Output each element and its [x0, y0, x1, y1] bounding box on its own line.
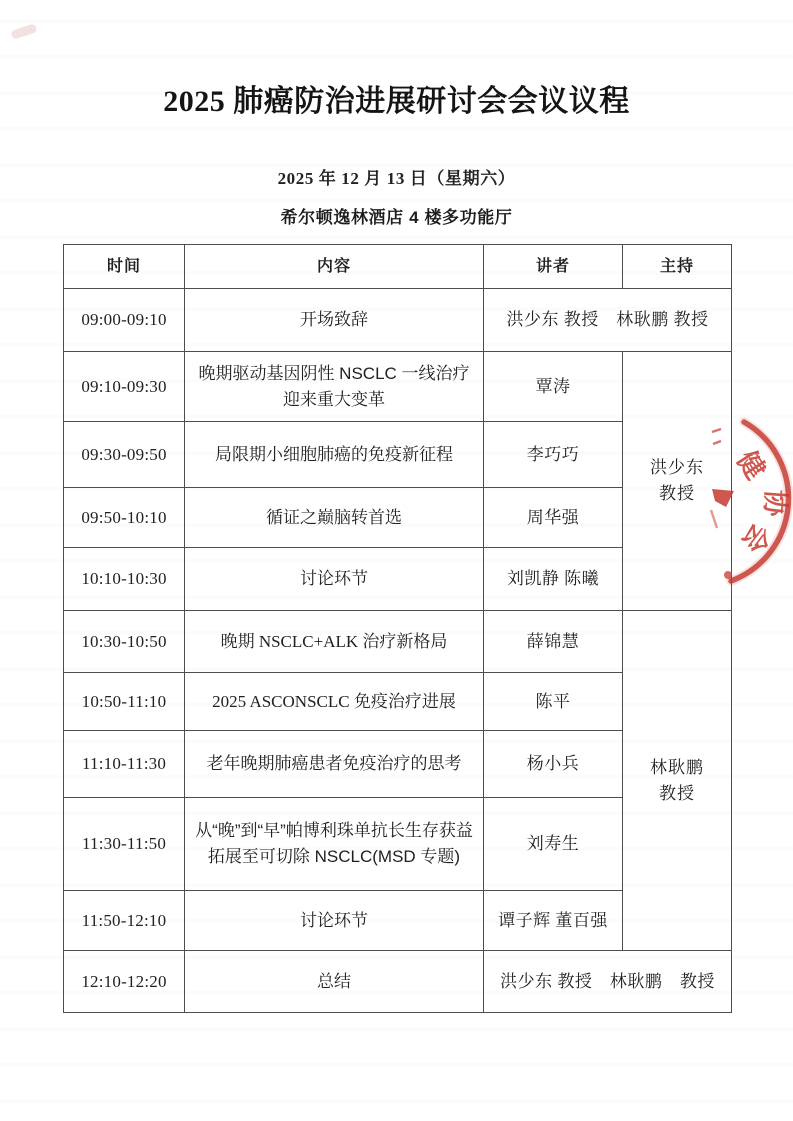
content-cell: 从“晚”到“早”帕博利珠单抗长生存获益拓展至可切除 NSCLC(MSD 专题) — [185, 798, 484, 891]
stamp-char: 会 — [736, 518, 776, 558]
speaker-cell: 刘凯静 陈曦 — [484, 548, 623, 611]
content-cell: 循证之巅脑转首选 — [185, 488, 484, 548]
content-cell: 讨论环节 — [185, 891, 484, 951]
stamp-arc — [731, 422, 788, 581]
time-cell: 11:30-11:50 — [64, 798, 185, 891]
column-header: 讲者 — [484, 245, 623, 289]
content-cell: 晚期驱动基因阴性 NSCLC 一线治疗迎来重大变革 — [185, 352, 484, 422]
column-header: 内容 — [185, 245, 484, 289]
table-row: 09:00-09:10开场致辞洪少东 教授 林耿鹏 教授 — [64, 289, 732, 352]
content-cell: 老年晚期肺癌患者免疫治疗的思考 — [185, 731, 484, 798]
content-cell: 局限期小细胞肺癌的免疫新征程 — [185, 422, 484, 488]
time-cell: 10:50-11:10 — [64, 673, 185, 731]
speaker-cell: 薛锦慧 — [484, 611, 623, 673]
table-row: 09:10-09:30晚期驱动基因阴性 NSCLC 一线治疗迎来重大变革覃涛洪少… — [64, 352, 732, 422]
content-cell: 2025 ASCONSCLC 免疫治疗进展 — [185, 673, 484, 731]
content-cell: 晚期 NSCLC+ALK 治疗新格局 — [185, 611, 484, 673]
speaker-cell: 洪少东 教授 林耿鹏 教授 — [484, 951, 732, 1013]
table-row: 10:30-10:50晚期 NSCLC+ALK 治疗新格局薛锦慧林耿鹏 教授 — [64, 611, 732, 673]
speaker-cell: 谭子辉 董百强 — [484, 891, 623, 951]
scanned-agenda-page: { "page": { "title": "2025 肺癌防治进展研讨会会议议程… — [0, 0, 793, 1121]
speaker-cell: 覃涛 — [484, 352, 623, 422]
event-venue: 希尔顿逸林酒店 4 楼多功能厅 — [0, 207, 793, 229]
speaker-cell: 陈平 — [484, 673, 623, 731]
agenda-table: 时间内容讲者主持 09:00-09:10开场致辞洪少东 教授 林耿鹏 教授09:… — [63, 244, 732, 1013]
time-cell: 11:10-11:30 — [64, 731, 185, 798]
time-cell: 09:30-09:50 — [64, 422, 185, 488]
speaker-cell: 李巧巧 — [484, 422, 623, 488]
host-cell: 洪少东 教授 — [623, 352, 732, 611]
time-cell: 10:10-10:30 — [64, 548, 185, 611]
speaker-cell: 杨小兵 — [484, 731, 623, 798]
speaker-cell: 刘寿生 — [484, 798, 623, 891]
time-cell: 10:30-10:50 — [64, 611, 185, 673]
time-cell: 12:10-12:20 — [64, 951, 185, 1013]
page-title: 2025 肺癌防治进展研讨会会议议程 — [0, 84, 793, 120]
time-cell: 09:00-09:10 — [64, 289, 185, 352]
speaker-cell: 洪少东 教授 林耿鹏 教授 — [484, 289, 732, 352]
host-cell: 林耿鹏 教授 — [623, 611, 732, 951]
stamp-char: 协 — [759, 488, 791, 518]
stamp-char: 健 — [731, 446, 771, 485]
ink-smudge — [10, 23, 38, 40]
column-header: 主持 — [623, 245, 732, 289]
header-row: 时间内容讲者主持 — [64, 245, 732, 289]
table-row: 12:10-12:20总结洪少东 教授 林耿鹏 教授 — [64, 951, 732, 1013]
stamp-arc-bleed — [731, 422, 788, 581]
speaker-cell: 周华强 — [484, 488, 623, 548]
content-cell: 总结 — [185, 951, 484, 1013]
agenda-table-head: 时间内容讲者主持 — [64, 245, 732, 289]
agenda-table-body: 09:00-09:10开场致辞洪少东 教授 林耿鹏 教授09:10-09:30晚… — [64, 289, 732, 1013]
time-cell: 11:50-12:10 — [64, 891, 185, 951]
time-cell: 09:10-09:30 — [64, 352, 185, 422]
column-header: 时间 — [64, 245, 185, 289]
content-cell: 开场致辞 — [185, 289, 484, 352]
time-cell: 09:50-10:10 — [64, 488, 185, 548]
event-date: 2025 年 12 月 13 日（星期六） — [0, 168, 793, 190]
content-cell: 讨论环节 — [185, 548, 484, 611]
